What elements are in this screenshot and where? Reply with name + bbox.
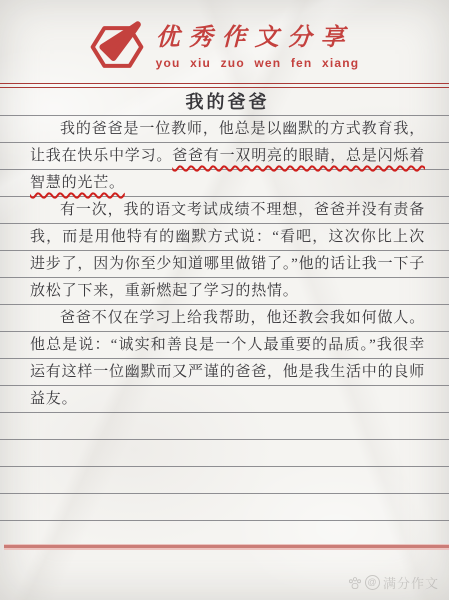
brand-text-block: 优秀作文分享 you xiu zuo wen fen xiang — [156, 23, 360, 71]
essay-paragraph-2: 有一次，我的语文考试成绩不理想，爸爸并没有责备我，而是用他特有的幽默方式说：“看… — [30, 197, 425, 305]
watermark: @ 满分作文 — [348, 573, 439, 592]
essay-lined-area: 我的爸爸 我的爸爸是一位教师，他总是以幽默的方式教育我，让我在快乐中学习。爸爸有… — [0, 89, 449, 530]
essay-paragraph-3: 爸爸不仅在学习上给我帮助，他还教会我如何做人。他总是说：“诚实和善良是一个人最重… — [30, 305, 425, 413]
watermark-account-name: 满分作文 — [383, 573, 439, 592]
essay-text: 我的爸爸 我的爸爸是一位教师，他总是以幽默的方式教育我，让我在快乐中学习。爸爸有… — [0, 89, 449, 413]
hexagon-check-icon — [90, 20, 144, 74]
header-divider-double-line — [0, 83, 449, 88]
paw-icon — [348, 576, 362, 590]
essay-paragraph-1: 我的爸爸是一位教师，他总是以幽默的方式教育我，让我在快乐中学习。爸爸有一双明亮的… — [30, 116, 425, 197]
bottom-margin-line — [4, 544, 449, 550]
paper-sheet: 优秀作文分享 you xiu zuo wen fen xiang 我的爸爸 我的… — [0, 0, 449, 600]
brand-title: 优秀作文分享 — [156, 23, 354, 53]
at-circle-icon: @ — [365, 575, 380, 590]
essay-title: 我的爸爸 — [30, 89, 425, 116]
brand-pinyin: you xiu zuo wen fen xiang — [156, 55, 360, 71]
brand-header: 优秀作文分享 you xiu zuo wen fen xiang — [0, 14, 449, 80]
